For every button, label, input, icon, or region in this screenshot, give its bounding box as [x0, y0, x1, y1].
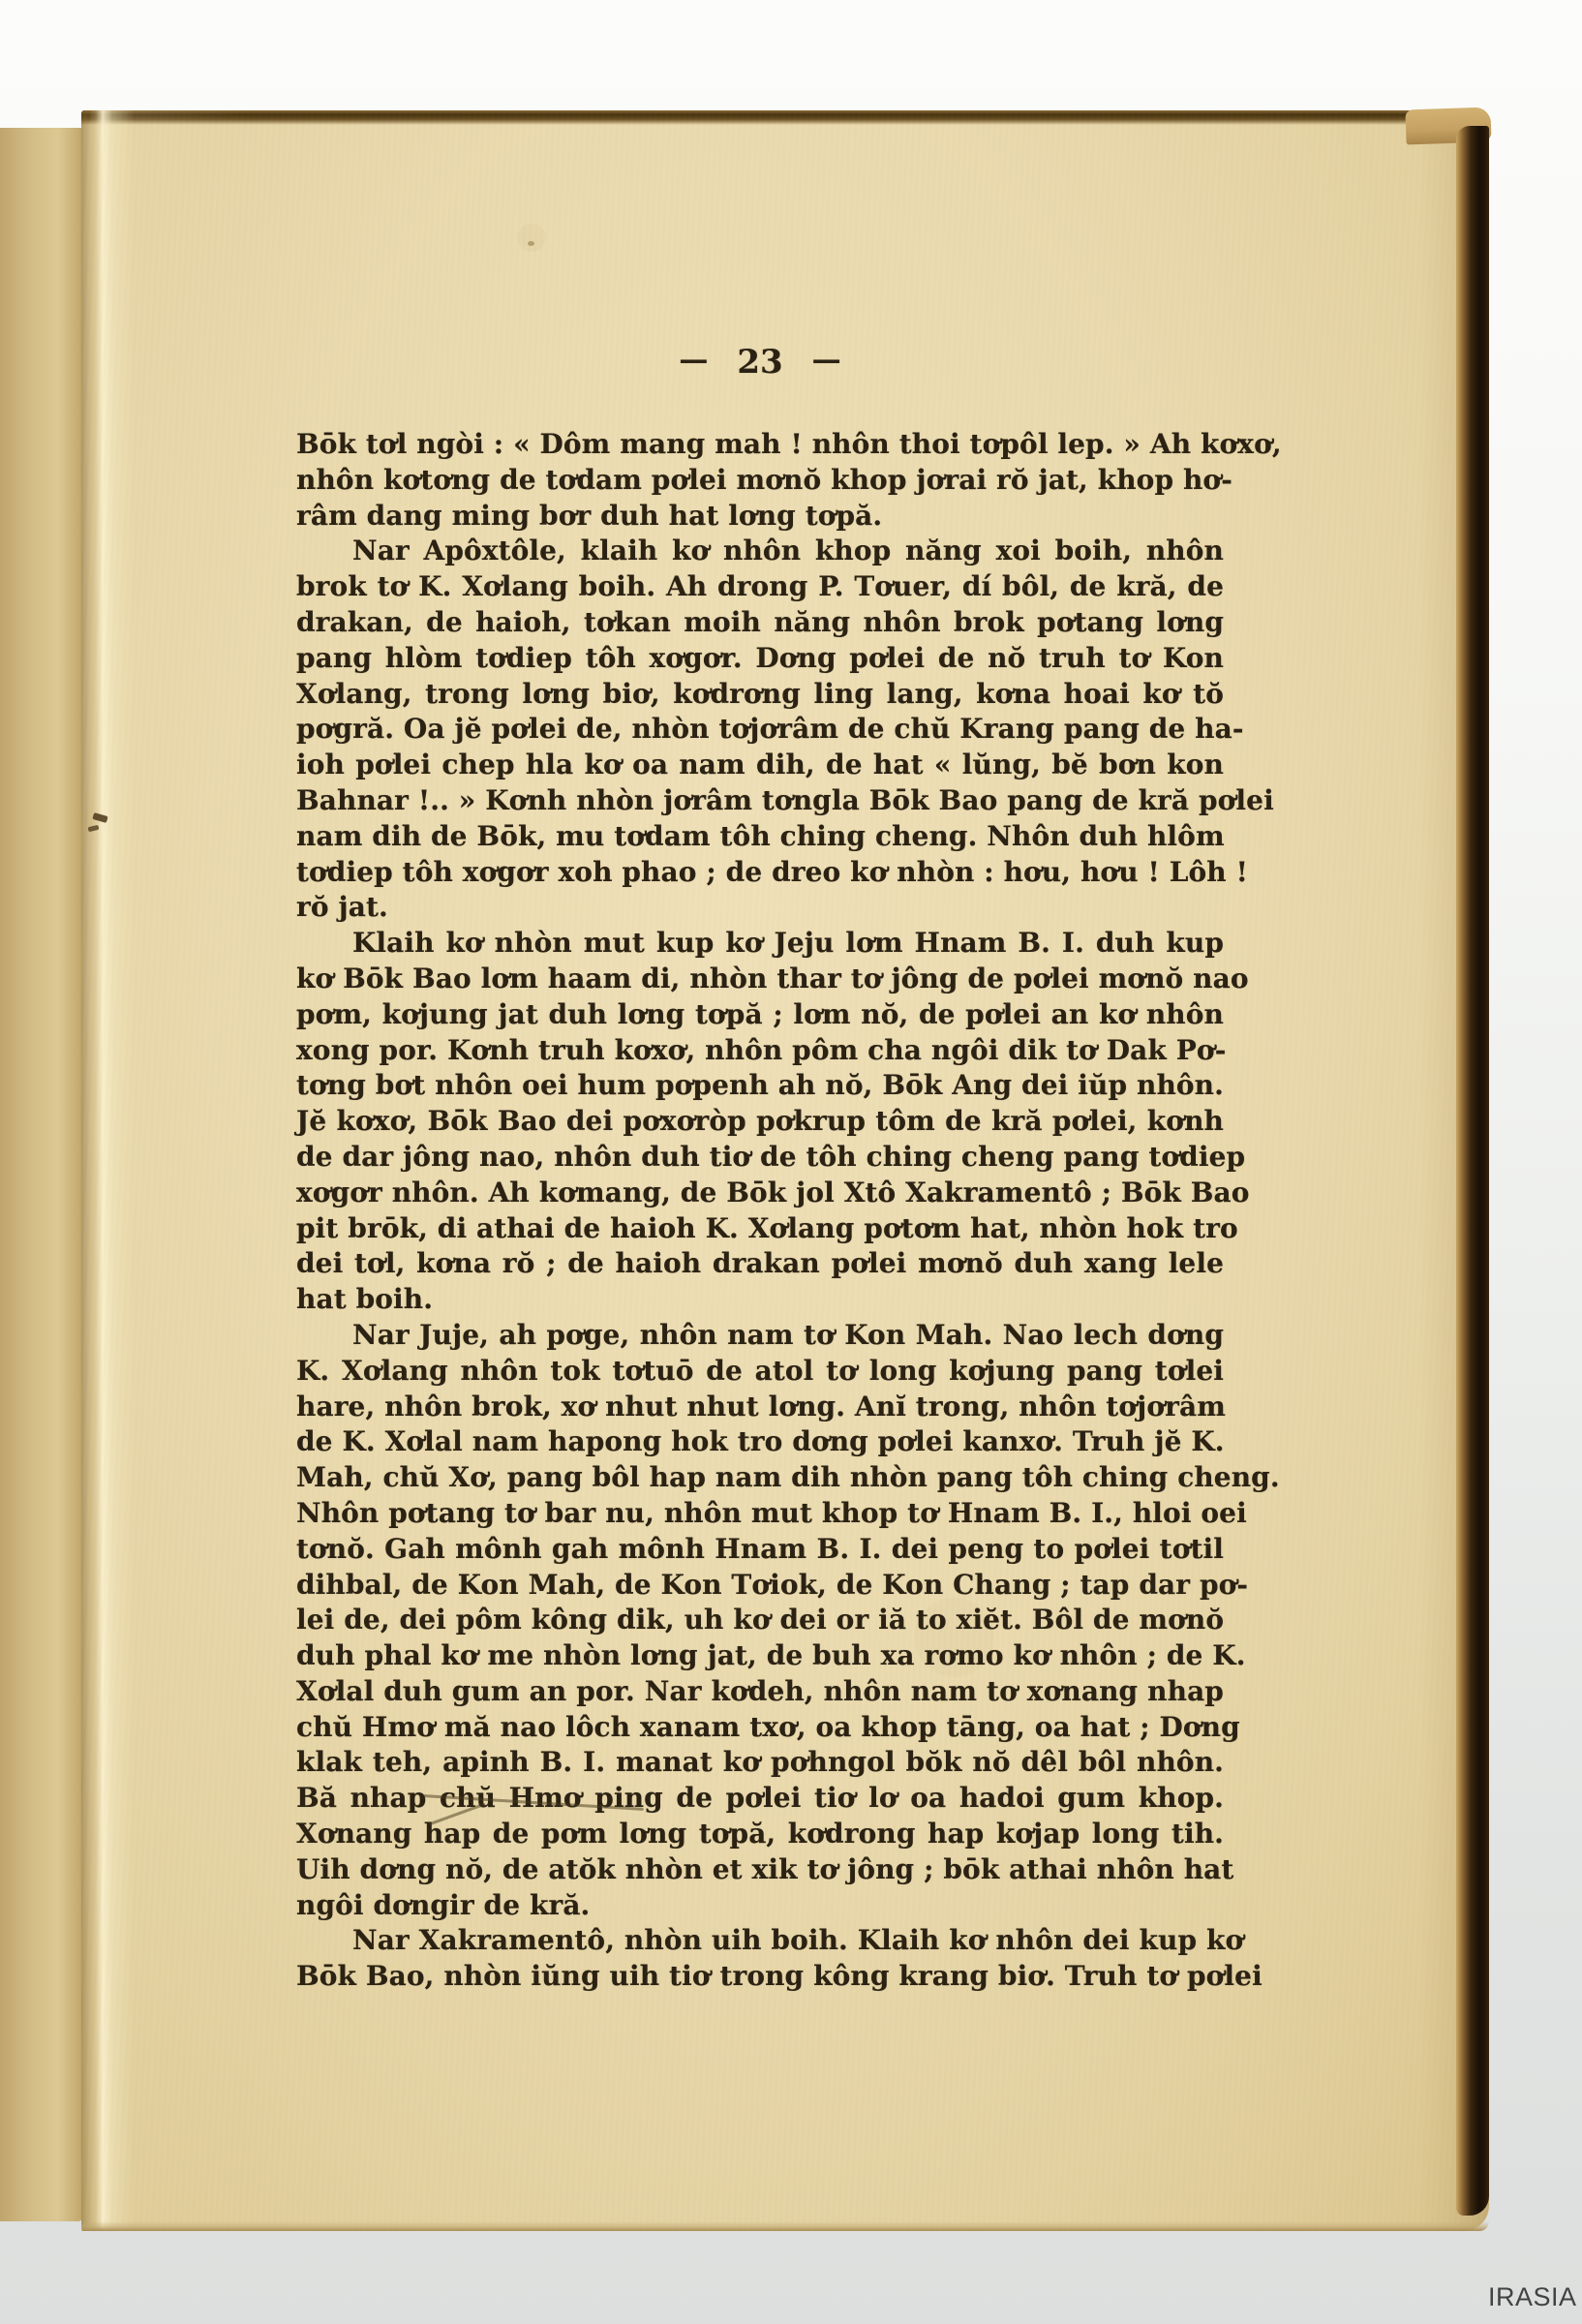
text-line: Bōk Bao, nhòn iŭng uih tiơ trong kông kr…	[296, 1959, 1224, 1995]
text-line: chŭ Hmơ mă nao lôch xanam txơ, oa khop t…	[296, 1710, 1224, 1746]
text-line: pơm, kơjung jat duh lơng tơpă ; lơm nŏ, …	[296, 997, 1224, 1033]
text-line: nam dih de Bōk, mu tơdam tôh ching cheng…	[296, 819, 1224, 855]
previous-page-edge	[0, 128, 85, 2221]
text-line: lei de, dei pôm kông dik, uh kơ dei or i…	[296, 1603, 1224, 1638]
text-line: tơnŏ. Gah mônh gah mônh Hnam B. I. dei p…	[296, 1532, 1224, 1568]
page-number-ornament-left: —	[679, 341, 708, 380]
text-line: râm dang ming bơr duh hat lơng tơpă.	[296, 499, 1224, 535]
page-text: Bōk tơl ngòi : « Dôm mang mah ! nhôn tho…	[296, 427, 1224, 1995]
text-line: Nar Xakramentô, nhòn uih boih. Klaih kơ …	[296, 1923, 1224, 1959]
text-line: de K. Xơlal nam hapong hok tro dơng pơle…	[296, 1424, 1224, 1460]
text-line: pang hlòm tơdiep tôh xơgơr. Dơng pơlei d…	[296, 641, 1224, 677]
text-line: duh phal kơ me nhòn lơng jat, de buh xa …	[296, 1638, 1224, 1674]
text-line: Xơlal duh gum an por. Nar kơdeh, nhôn na…	[296, 1674, 1224, 1710]
text-line: Uih dơng nŏ, de atŏk nhòn et xik tơ jông…	[296, 1852, 1224, 1888]
text-line: K. Xơlang nhôn tok tơtuō de atol tơ long…	[296, 1354, 1224, 1390]
page-number: — 23 —	[296, 343, 1224, 382]
text-line: Jĕ kơxơ, Bōk Bao dei pơxơròp pơkrup tôm …	[296, 1104, 1224, 1140]
text-line: Bahnar !.. » Kơnh nhòn jơrâm tơngla Bōk …	[296, 783, 1224, 819]
book-scan: — 23 — Bōk tơl ngòi : « Dôm mang mah ! n…	[0, 0, 1582, 2324]
page-number-ornament-right: —	[812, 341, 841, 380]
text-line: Mah, chŭ Xơ, pang bôl hap nam dih nhòn p…	[296, 1460, 1224, 1496]
text-line: dihbal, de Kon Mah, de Kon Tơiok, de Kon…	[296, 1568, 1224, 1604]
text-line: tơng bơt nhôn oei hum pơpenh ah nŏ, Bōk …	[296, 1068, 1224, 1104]
text-line: brok tơ K. Xơlang boih. Ah drong P. Tơue…	[296, 569, 1224, 605]
text-line: klak teh, apinh B. I. manat kơ pơhngol b…	[296, 1745, 1224, 1781]
text-line: hare, nhôn brok, xơ nhut nhut lơng. Anĭ …	[296, 1390, 1224, 1425]
text-line: pơgră. Oa jĕ pơlei de, nhòn tơjơrâm de c…	[296, 712, 1224, 748]
text-line: Xơlang, trong lơng biơ, kơdrơng ling lan…	[296, 677, 1224, 713]
paper-speck	[528, 241, 534, 246]
text-line: nhôn kơtơng de tơdam pơlei mơnŏ khop jơr…	[296, 463, 1224, 499]
text-line: drakan, de haioh, tơkan moih năng nhôn b…	[296, 605, 1224, 641]
text-line: Klaih kơ nhòn mut kup kơ Jeju lơm Hnam B…	[296, 926, 1224, 962]
text-line: xơgơr nhôn. Ah kơmang, de Bōk jol Xtô Xa…	[296, 1176, 1224, 1211]
text-line: kơ Bōk Bao lơm haam di, nhòn thar tơ jôn…	[296, 962, 1224, 997]
text-line: tơdiep tôh xơgơr xoh phao ; de dreo kơ n…	[296, 855, 1224, 891]
text-line: rŏ jat.	[296, 890, 1224, 926]
text-line: hat boih.	[296, 1282, 1224, 1318]
text-line: pit brōk, di athai de haioh K. Xơlang pơ…	[296, 1211, 1224, 1247]
text-line: ioh pơlei chep hla kơ oa nam dih, de hat…	[296, 748, 1224, 783]
text-line: Bōk tơl ngòi : « Dôm mang mah ! nhôn tho…	[296, 427, 1224, 463]
book-fore-edge	[1456, 126, 1489, 2216]
text-line: Nar Apôxtôle, klaih kơ nhôn khop năng xo…	[296, 534, 1224, 569]
text-line: Nar Juje, ah pơge, nhôn nam tơ Kon Mah. …	[296, 1318, 1224, 1354]
page-number-value: 23	[737, 343, 782, 382]
text-line: Bă nhap chŭ Hmơ ping de pơlei tiơ lơ oa …	[296, 1781, 1224, 1817]
text-line: ngôi dơngir de kră.	[296, 1888, 1224, 1924]
text-line: de dar jông nao, nhôn duh tiơ de tôh chi…	[296, 1140, 1224, 1176]
text-line: xong por. Kơnh truh kơxơ, nhôn pôm cha n…	[296, 1033, 1224, 1069]
text-line: dei tơl, kơna rŏ ; de haioh drakan pơlei…	[296, 1246, 1224, 1282]
text-line: Nhôn pơtang tơ bar nu, nhôn mut khop tơ …	[296, 1496, 1224, 1532]
watermark-irasia: IRASIA	[1488, 2282, 1577, 2311]
